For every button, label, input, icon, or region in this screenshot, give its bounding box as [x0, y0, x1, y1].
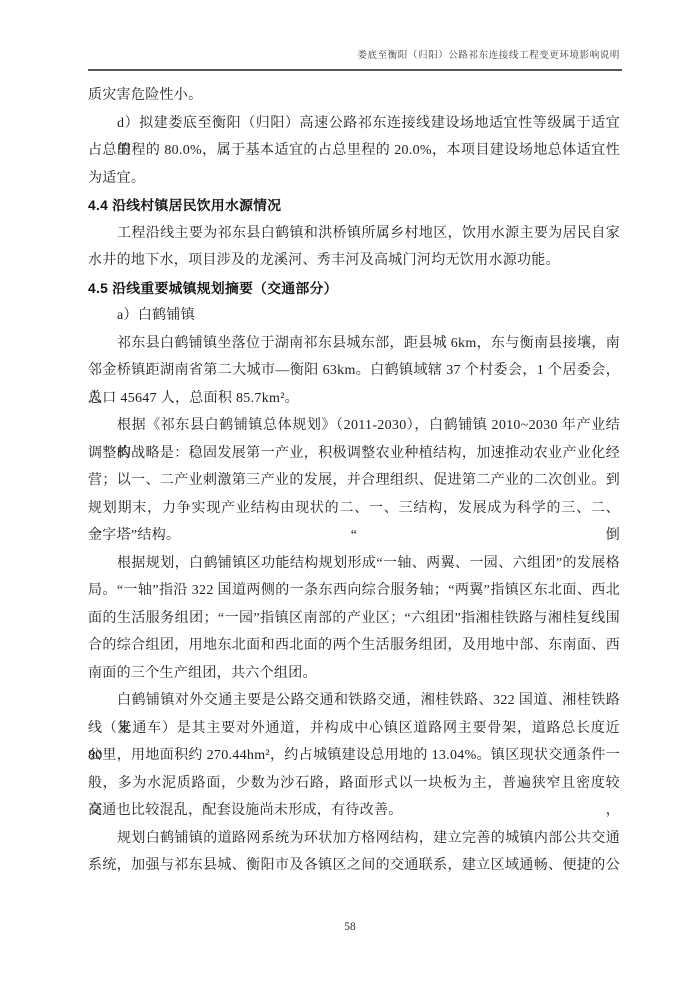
header-rule — [88, 69, 622, 71]
text-line: 公里，用地面积约 270.44hm²，约占城镇建设总用地的 13.04%。镇区现… — [88, 742, 620, 770]
document-body: 质灾害危险性小。 d）拟建娄底至衡阳（归阳）高速公路祁东连接线建设场地适宜性等级… — [88, 82, 620, 880]
document-page: 娄底至衡阳（归阳）公路祁东连接线工程变更环境影响说明 质灾害危险性小。 d）拟建… — [0, 0, 700, 990]
text-line: 营；以一、二产业刺激第三产业的发展，并合理组织、促进第二产业的二次创业。到 — [88, 467, 620, 495]
text-line: 面的生活服务组团；“一园”指镇区南部的产业区；“六组团”指湘桂铁路与湘桂复线围 — [88, 605, 620, 633]
text-line: 般，多为水泥质路面，少数为沙石路，路面形式以一块板为主，普遍狭窄且密度较高， — [88, 770, 620, 798]
text-line: 线（未通车）是其主要对外通道，并构成中心镇区道路网主要骨架，道路总长度近 80 — [88, 715, 620, 743]
text-line: 南面的三个生产组团，共六个组团。 — [88, 660, 620, 688]
text-line-item-a: a）白鹤铺镇 — [88, 302, 620, 330]
text-line: 为适宜。 — [88, 165, 620, 193]
text-line: 占总里程的 80.0%，属于基本适宜的占总里程的 20.0%，本项目建设场地总体… — [88, 137, 620, 165]
text-line: 根据《祁东县白鹤铺镇总体规划》（2011-2030），白鹤铺镇 2010~203… — [88, 412, 620, 440]
text-line: 规划期末，力争实现产业结构由现状的二、一、三结构，发展成为科学的三、二、一“倒 — [88, 495, 620, 523]
text-line: 邻金桥镇距湖南省第二大城市—衡阳 63km。白鹤镇域辖 37 个村委会，1 个居… — [88, 357, 620, 385]
text-line: 系统，加强与祁东县城、衡阳市及各镇区之间的交通联系，建立区域通畅、便捷的公 — [88, 852, 620, 880]
text-line: 根据规划，白鹤铺镇区功能结构规划形成“一轴、两翼、一园、六组团”的发展格 — [88, 550, 620, 578]
text-line: 工程沿线主要为祁东县白鹤镇和洪桥镇所属乡村地区，饮用水源主要为居民自家 — [88, 220, 620, 248]
page-number: 58 — [0, 921, 700, 933]
text-line: 水井的地下水，项目涉及的龙溪河、秀丰河及高城门河均无饮用水源功能。 — [88, 247, 620, 275]
text-line-item-d: d）拟建娄底至衡阳（归阳）高速公路祁东连接线建设场地适宜性等级属于适宜的 — [88, 110, 620, 138]
running-header: 娄底至衡阳（归阳）公路祁东连接线工程变更环境影响说明 — [88, 47, 620, 61]
section-heading-4-4: 4.4 沿线村镇居民饮用水源情况 — [88, 192, 620, 220]
text-line: 局。“一轴”指沿 322 国道两侧的一条东西向综合服务轴；“两翼”指镇区东北面、… — [88, 577, 620, 605]
text-line: 调整的战略是：稳固发展第一产业，积极调整农业种植结构，加速推动农业产业化经 — [88, 440, 620, 468]
text-line: 合的综合组团，用地东北面和西北面的两个生活服务组团，及用地中部、东南面、西 — [88, 632, 620, 660]
text-line: 祁东县白鹤铺镇坐落位于湖南祁东县城东部，距县城 6km，东与衡南县接壤，南 — [88, 330, 620, 358]
section-heading-4-5: 4.5 沿线重要城镇规划摘要（交通部分） — [88, 275, 620, 303]
text-line: 人口 45647 人，总面积 85.7km²。 — [88, 385, 620, 413]
text-line: 质灾害危险性小。 — [88, 82, 620, 110]
text-line: 规划白鹤铺镇的道路网系统为环状加方格网结构，建立完善的城镇内部公共交通 — [88, 825, 620, 853]
text-line: 白鹤铺镇对外交通主要是公路交通和铁路交通，湘桂铁路、322 国道、湘桂铁路复 — [88, 687, 620, 715]
